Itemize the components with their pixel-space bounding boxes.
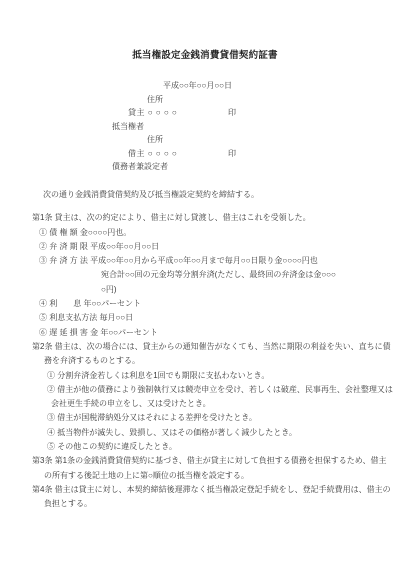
borrower-address-label: 住所	[112, 133, 372, 147]
article-1-item-3: ③ 弁 済 方 法 平成○○年○○月から平成○○年○○月まで毎月○○日限り金○○…	[32, 254, 404, 268]
article-2-item-2-cont: 会社更生手続の申立をし、又は受けたとき。	[32, 397, 404, 411]
lender-address-label: 住所	[112, 93, 372, 107]
article-1-item-3-cont-2: ○円)	[32, 283, 404, 297]
intro-line: 次の通り金銭消費貸借契約及び抵当権設定契約を締結する。	[32, 188, 404, 202]
borrower-role-label: 債務者兼設定者	[112, 160, 372, 174]
article-3-line: 第3条 第1条の金銭消費貸借契約に基づき、借主が貸主に対して負担する債務を担保す…	[32, 454, 404, 468]
article-2-item-1: ① 分割弁済金若しくは利息を1回でも期限に支払わないとき。	[32, 369, 404, 383]
article-1-item-4: ④ 利 息 年○○パーセント	[32, 297, 404, 311]
article-1-item-6: ⑥ 遅 延 損 害 金 年○○パーセント	[32, 326, 404, 340]
lender-name-line: 貸主 ○ ○ ○ ○ 印	[112, 106, 372, 120]
article-2-item-2: ② 借主が他の債務により強制執行又は競売申立を受け、若しくは破産、民事再生、会社…	[32, 383, 404, 397]
article-2-line: 第2条 借主は、次の場合には、貸主からの通知催告がなくても、当然に期限の利益を失…	[32, 340, 404, 354]
article-2-item-5: ⑤ その他この契約に違反したとき。	[32, 440, 404, 454]
date-line: 平成○○年○○月○○日	[112, 79, 372, 93]
article-1-item-1: ① 債 権 額 金○○○○円也。	[32, 226, 404, 240]
article-3-line-cont: の所有する後記土地の上に第○順位の抵当権を設定する。	[32, 469, 404, 483]
lender-seal-stamp: 印	[228, 106, 236, 120]
lender-name: 貸主 ○ ○ ○ ○	[128, 108, 177, 117]
document-page: 抵当権設定金銭消費貸借契約証書 平成○○年○○月○○日 住所 貸主 ○ ○ ○ …	[0, 0, 410, 580]
borrower-seal-stamp: 印	[228, 147, 236, 161]
article-2-item-4: ④ 抵当物件が滅失し、毀損し、又はその価格が著しく減少したとき。	[32, 426, 404, 440]
borrower-name-line: 借主 ○ ○ ○ ○ 印	[112, 147, 372, 161]
article-1-item-2: ② 弁 済 期 限 平成○○年○○月○○日	[32, 240, 404, 254]
lender-role-label: 抵当権者	[112, 120, 372, 134]
article-4-line: 第4条 借主は貸主に対し、本契約締結後遅滞なく抵当権設定登記手続をし、登記手続費…	[32, 483, 404, 497]
borrower-name: 借主 ○ ○ ○ ○	[128, 149, 177, 158]
party-header-block: 平成○○年○○月○○日 住所 貸主 ○ ○ ○ ○ 印 抵当権者 住所 借主 ○…	[112, 79, 372, 174]
article-4-line-cont: 負担とする。	[32, 497, 404, 511]
article-2-item-3: ③ 借主が国税滞納処分又はそれによる差押を受けたとき。	[32, 411, 404, 425]
article-1-line: 第1条 貸主は、次の約定により、借主に対し貸渡し、借主はこれを受領した。	[32, 211, 404, 225]
document-title: 抵当権設定金銭消費貸借契約証書	[0, 49, 410, 62]
article-2-line-cont: 務を弁済するものとする。	[32, 354, 404, 368]
contract-body: 次の通り金銭消費貸借契約及び抵当権設定契約を締結する。 第1条 貸主は、次の約定…	[32, 188, 404, 512]
article-1-item-5: ⑤ 利息支払方法 毎月○○日	[32, 311, 404, 325]
article-1-item-3-cont: 宛合計○○回の元金均等分割弁済(ただし、最終回の弁済金は金○○○	[32, 268, 404, 282]
